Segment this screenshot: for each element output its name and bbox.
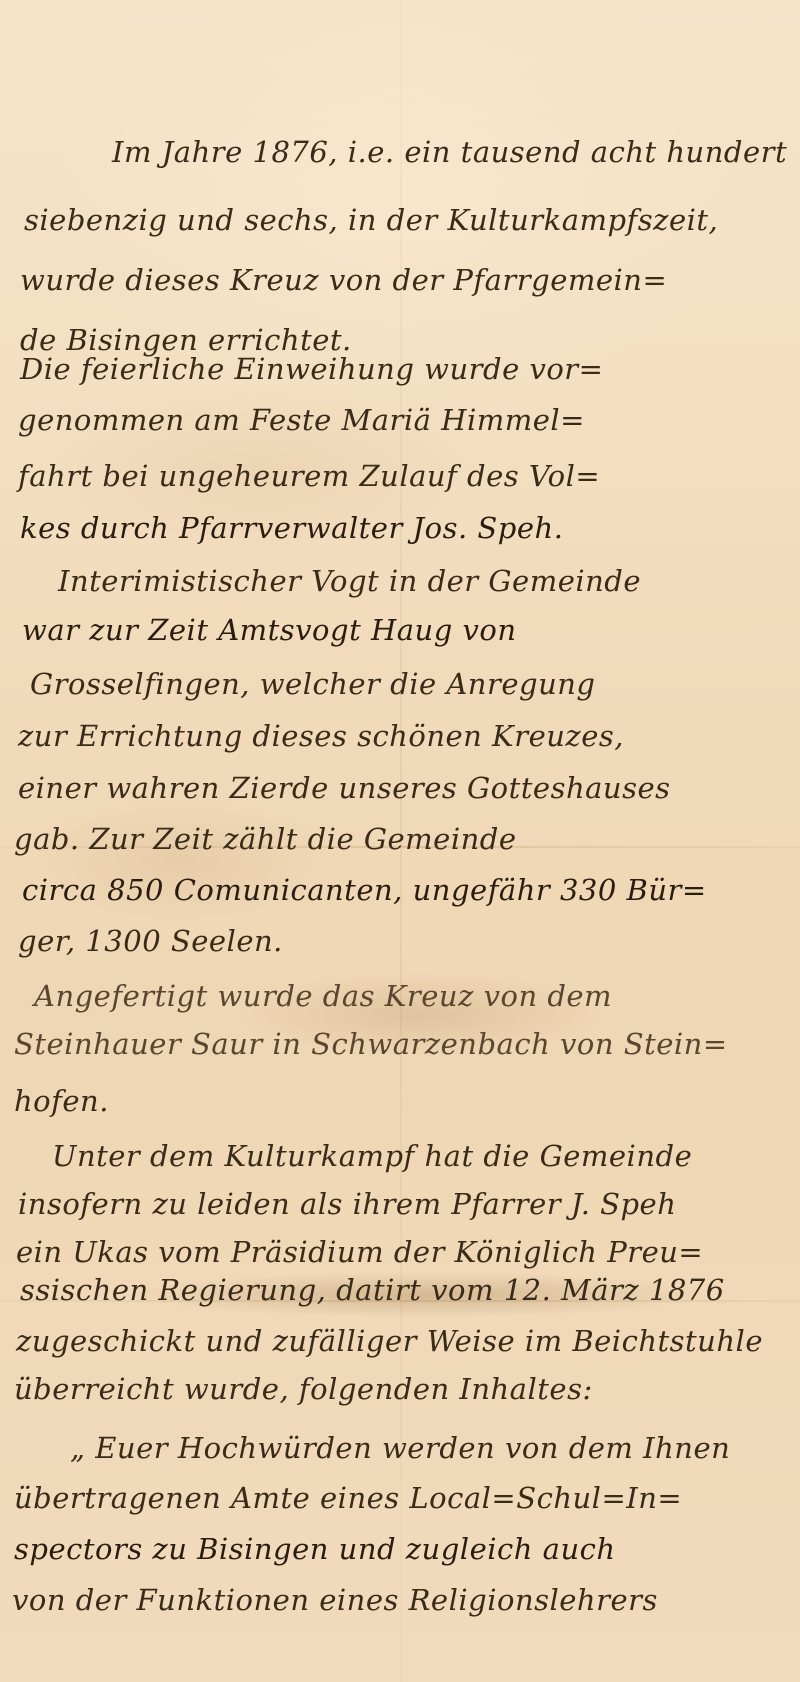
manuscript-line: zugeschickt und zufälliger Weise im Beic… [16,1327,763,1356]
manuscript-line: circa 850 Comunicanten, ungefähr 330 Bür… [22,876,707,905]
manuscript-line: Steinhauer Saur in Schwarzenbach von Ste… [14,1030,728,1059]
manuscript-line: „ Euer Hochwürden werden von dem Ihnen [70,1434,730,1463]
manuscript-line: fahrt bei ungeheurem Zulauf des Vol= [18,462,600,491]
manuscript-line: Grosselfingen, welcher die Anregung [30,670,595,699]
manuscript-line: insofern zu leiden als ihrem Pfarrer J. … [18,1190,676,1219]
manuscript-line: ssischen Regierung, datirt vom 12. März … [20,1276,725,1305]
manuscript-line: Unter dem Kulturkampf hat die Gemeinde [52,1142,692,1171]
manuscript-line: genommen am Feste Mariä Himmel= [18,406,585,435]
manuscript-line: war zur Zeit Amtsvogt Haug von [22,616,517,645]
manuscript-line: kes durch Pfarrverwalter Jos. Speh. [20,514,563,543]
manuscript-line: spectors zu Bisingen und zugleich auch [14,1535,616,1564]
manuscript-line: wurde dieses Kreuz von der Pfarrgemein= [20,266,667,295]
manuscript-line: Angefertigt wurde das Kreuz von dem [34,982,612,1011]
manuscript-line: Im Jahre 1876, i.e. ein tausend acht hun… [112,138,787,167]
manuscript-line: siebenzig und sechs, in der Kulturkampfs… [24,206,718,235]
manuscript-line: zur Errichtung dieses schönen Kreuzes, [18,722,624,751]
manuscript-line: de Bisingen errichtet. [20,326,352,355]
manuscript-line: hofen. [14,1087,109,1116]
manuscript-line: von der Funktionen eines Religionslehrer… [12,1586,658,1615]
manuscript-line: ein Ukas vom Präsidium der Königlich Pre… [16,1238,703,1267]
manuscript-line: überreicht wurde, folgenden Inhaltes: [14,1375,593,1404]
manuscript-line: gab. Zur Zeit zählt die Gemeinde [14,825,517,854]
manuscript-line: einer wahren Zierde unseres Gotteshauses [18,774,671,803]
manuscript-line: Interimistischer Vogt in der Gemeinde [58,567,641,596]
manuscript-line: ger, 1300 Seelen. [18,927,283,956]
manuscript-line: Die feierliche Einweihung wurde vor= [20,355,603,384]
manuscript-line: übertragenen Amte eines Local=Schul=In= [14,1484,682,1513]
